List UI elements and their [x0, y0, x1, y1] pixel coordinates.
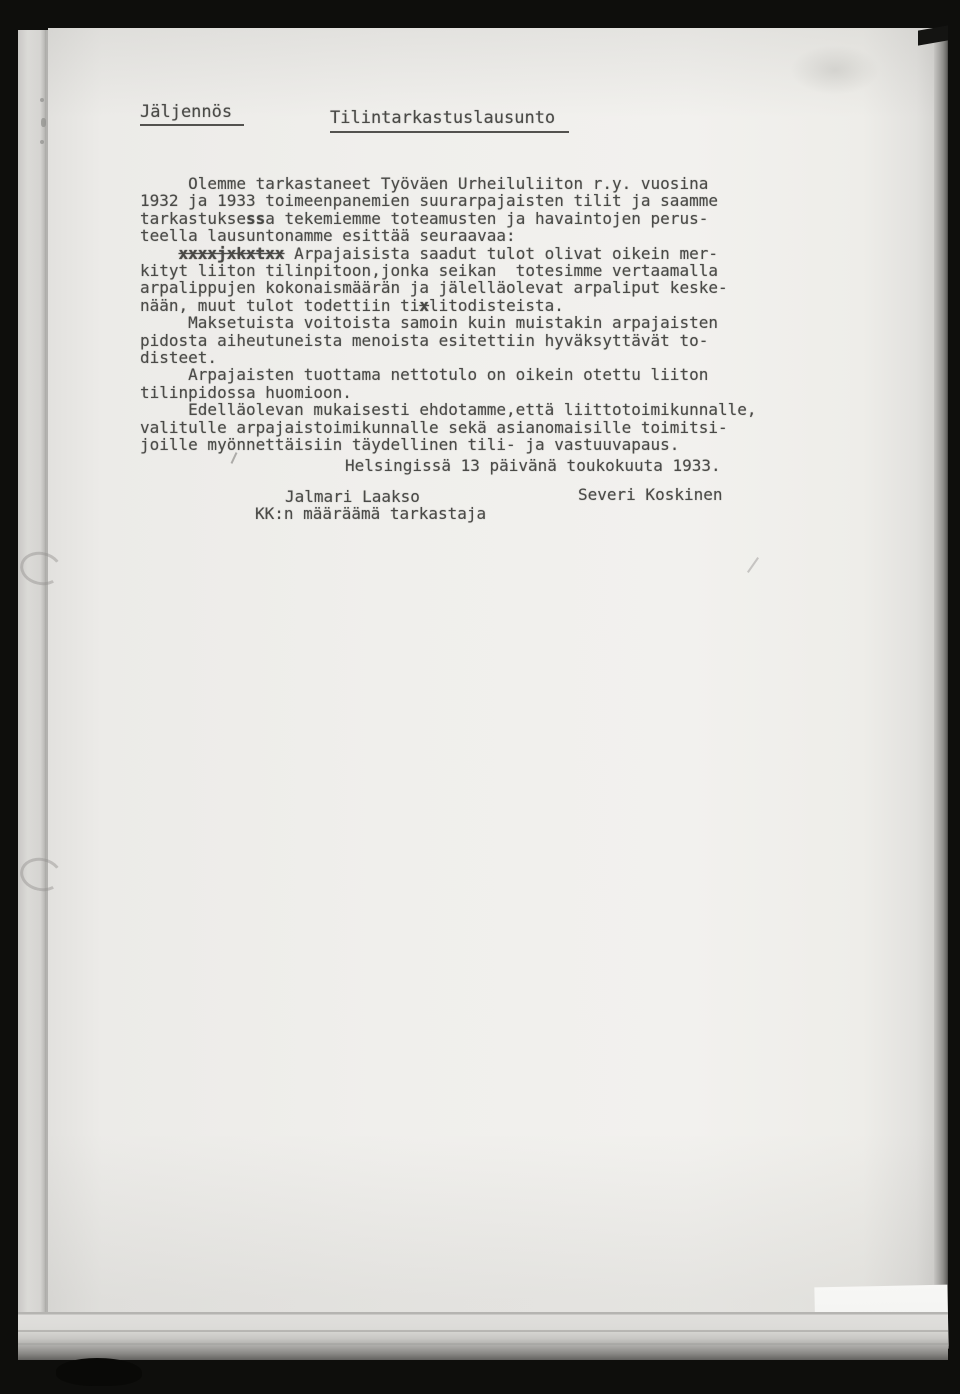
body-lines: Olemme tarkastaneet Työväen Urheiluliito… [140, 175, 757, 454]
signature-left-role: KK:n määräämä tarkastaja [255, 504, 486, 523]
page-right-edge [934, 40, 948, 1360]
typewritten-line: Arpajaisten tuottama nettotulo on oikein… [140, 366, 757, 383]
paper-smudge [790, 45, 880, 95]
typewritten-line: Maksetuista voitoista samoin kuin muista… [140, 314, 757, 331]
document-title: Tilintarkastuslausunto [330, 108, 569, 133]
typewritten-line: tarkastuksessa tekemiemme toteamusten ja… [140, 210, 757, 227]
date-line: Helsingissä 13 päivänä toukokuuta 1933. [345, 456, 721, 475]
typewritten-line: disteet. [140, 349, 757, 366]
typewritten-line: Olemme tarkastaneet Työväen Urheiluliito… [140, 175, 757, 192]
typewritten-line: joille myönnettäisiin täydellinen tili- … [140, 436, 757, 453]
page-edge-line [18, 1330, 948, 1332]
page-bottom-edges [18, 1312, 948, 1360]
typewritten-line: arpalippujen kokonaismäärän ja jälelläol… [140, 279, 757, 296]
crease-mark [40, 140, 44, 144]
scan-background: Jäljennös Tilintarkastuslausunto Olemme … [0, 0, 960, 1394]
typewritten-line: kityt liiton tilinpitoon,jonka seikan to… [140, 262, 757, 279]
crease-mark [40, 98, 44, 102]
bottom-left-ink-blob [56, 1358, 142, 1386]
document-label: Jäljennös [140, 102, 244, 126]
page-left-edge [18, 30, 48, 1360]
typewritten-line: xxxxjxkxtxx Arpajaisista saadut tulot ol… [140, 245, 757, 262]
crease-mark [41, 118, 46, 127]
typewritten-line: valitulle arpajaistoimikunnalle sekä asi… [140, 419, 757, 436]
typewritten-line: pidosta aiheutuneista menoista esitettii… [140, 332, 757, 349]
typewritten-line: 1932 ja 1933 toimeenpanemien suurarpajai… [140, 192, 757, 209]
typewritten-line: tilinpidossa huomioon. [140, 384, 757, 401]
signature-right-name: Severi Koskinen [578, 485, 723, 504]
typewritten-line: teella lausuntonamme esittää seuraavaa: [140, 227, 757, 244]
typewritten-line: Edelläolevan mukaisesti ehdotamme,että l… [140, 401, 757, 418]
typewritten-line: nään, muut tulot todettiin tixlitodistei… [140, 297, 757, 314]
page-edge-line [18, 1343, 948, 1345]
